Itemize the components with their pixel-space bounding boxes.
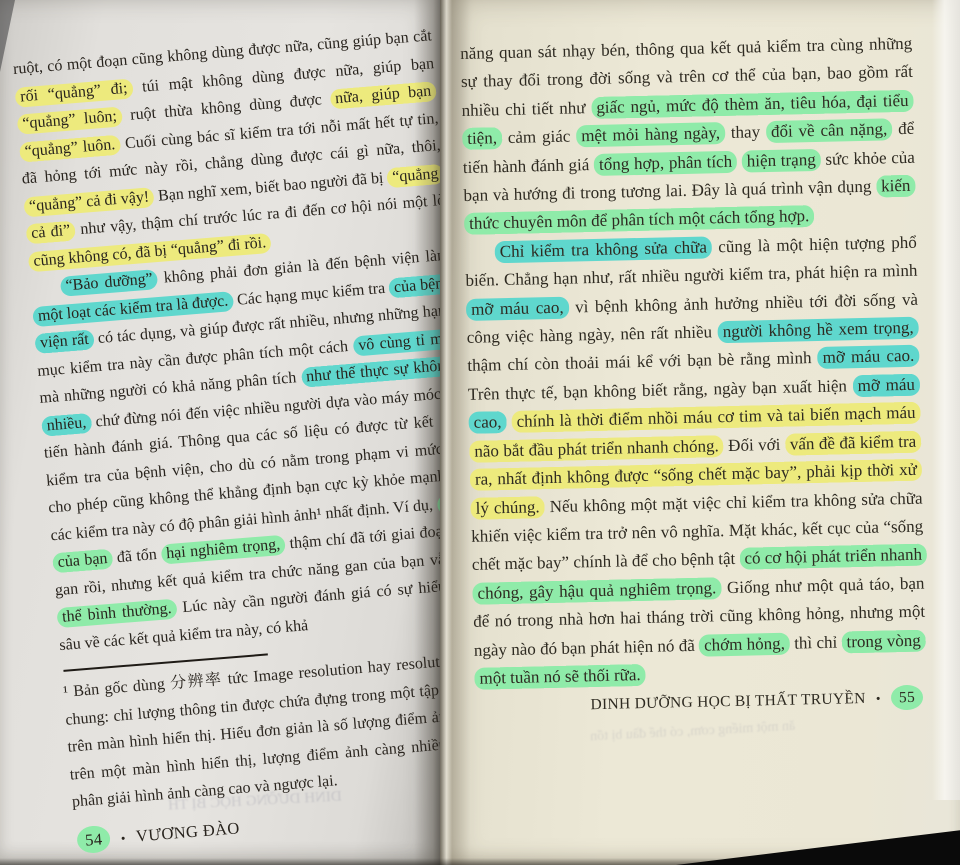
highlight-yellow: rối “quẳng” đi; (15, 78, 134, 107)
highlight-yellow: “quẳng” luôn; (17, 106, 123, 134)
highlight-green: đổi về cân nặng, (766, 118, 893, 143)
highlight-green: hiện trạng (742, 148, 821, 172)
text-run: thay (725, 122, 766, 142)
text-run: Trên thực tế, bạn không biết rằng, ngày … (468, 376, 853, 404)
right-page-body: năng quan sát nhạy bén, thông qua kết qu… (460, 30, 927, 693)
right-page: năng quan sát nhạy bén, thông qua kết qu… (440, 0, 960, 865)
paragraph: năng quan sát nhạy bén, thông qua kết qu… (460, 30, 916, 239)
highlight-cyan: Chỉ kiểm tra không sửa chữa (495, 236, 713, 263)
highlight-yellow: “quẳng” cả đi vậy! (23, 187, 155, 217)
highlight-cyan: người không hề xem trọng, (718, 317, 919, 344)
left-page-content: ruột, có một đoạn cũng không dùng được n… (12, 22, 495, 851)
bleed-through-text-right: ăn một miếng cơm, có thể đầu bị tổn (590, 719, 796, 746)
paragraph: Chỉ kiểm tra không sửa chữa cũng là một … (465, 229, 927, 694)
footer-separator: • (120, 830, 126, 845)
paragraph: ¹ Bản gốc dùng 分辨率 tức Image resolution … (62, 645, 496, 816)
highlight-cyan: “Bảo dưỡng” (60, 269, 159, 297)
highlight-cyan: mỡ máu cao. (817, 345, 919, 369)
text-run: Đối với (723, 434, 785, 454)
book-photo: ruột, có một đoạn cũng không dùng được n… (0, 0, 960, 865)
text-run: ruột thừa không dùng được (121, 91, 331, 125)
left-running-title: VƯƠNG ĐÀO (135, 818, 240, 845)
footnote: ¹ Bản gốc dùng 分辨率 tức Image resolution … (62, 645, 496, 816)
highlight-green: chớm hỏng, (699, 632, 790, 656)
text-run: thì chỉ (790, 632, 842, 652)
page-stack-edge (932, 0, 960, 800)
left-page: ruột, có một đoạn cũng không dùng được n… (0, 0, 440, 865)
left-page-number: 54 (76, 824, 111, 854)
highlight-green: hại nghiêm trọng, (160, 535, 285, 565)
text-run: thậm chí còn thoải mái kể với bạn bè rằn… (467, 348, 818, 375)
right-page-content: năng quan sát nhạy bén, thông qua kết qu… (460, 30, 927, 717)
text-run: Các hạng mục kiểm tra (232, 279, 389, 308)
left-page-body: ruột, có một đoạn cũng không dùng được n… (12, 22, 479, 659)
highlight-green: thể bình thường. (56, 599, 177, 629)
paragraph: ruột, có một đoạn cũng không dùng được n… (12, 22, 448, 275)
highlight-green: mệt mỏi hàng ngày, (576, 122, 725, 147)
right-page-number: 55 (891, 685, 924, 711)
text-run: cảm giác (502, 127, 577, 148)
right-page-footer: DINH DƯỠNG HỌC BỊ THẤT TRUYỀN • 55 (475, 689, 927, 717)
paragraph: “Bảo dưỡng” không phải đơn giản là đến b… (30, 242, 480, 659)
highlight-green: tổng hợp, phân tích (594, 150, 738, 175)
highlight-cyan: mỡ máu cao, (466, 296, 569, 320)
right-running-title: DINH DƯỠNG HỌC BỊ THẤT TRUYỀN (590, 690, 866, 713)
text-run: chứ đừng nói đến việc nhiều người dựa và… (43, 384, 467, 544)
text-run: đã tổn (112, 546, 162, 567)
footer-separator: • (876, 691, 881, 706)
text-run: ¹ Bản gốc dùng 分辨率 tức Image resolution … (63, 650, 494, 811)
